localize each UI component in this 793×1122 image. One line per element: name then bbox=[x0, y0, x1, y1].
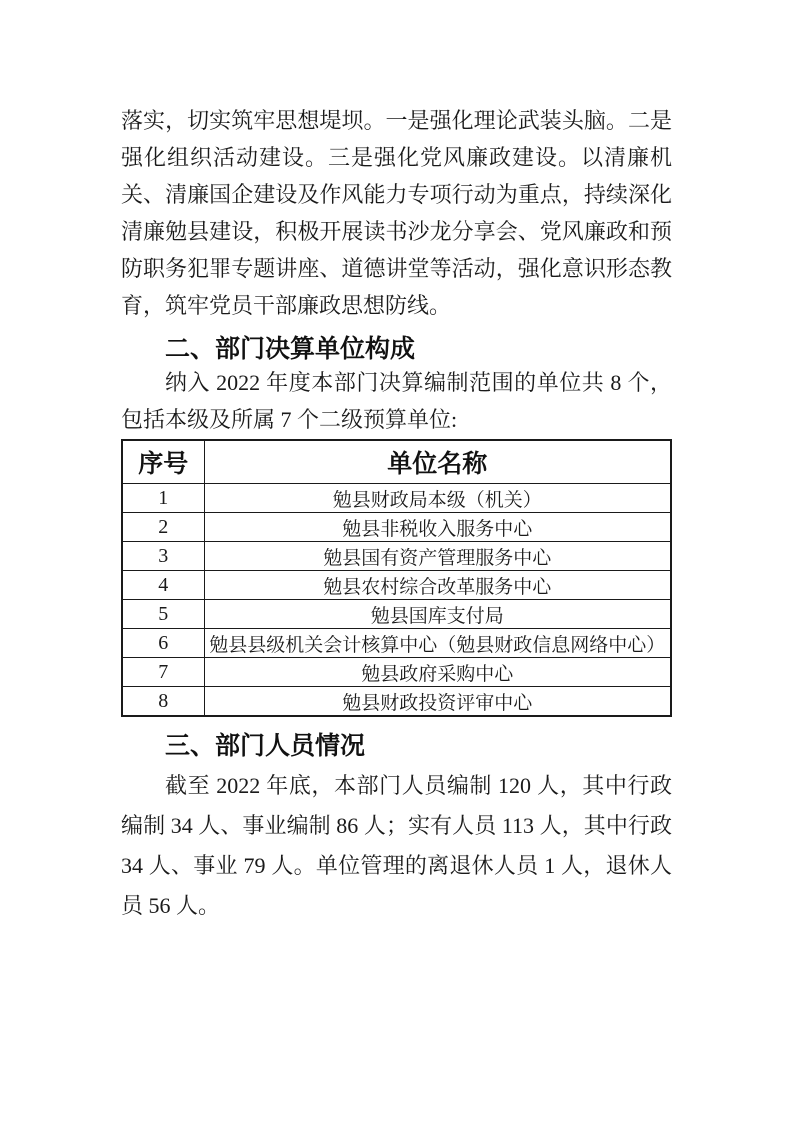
units-table: 序号 单位名称 1 勉县财政局本级（机关） 2 勉县非税收入服务中心 3 勉县国… bbox=[121, 439, 672, 717]
cell-index: 2 bbox=[122, 513, 204, 542]
table-row: 4 勉县农村综合改革服务中心 bbox=[122, 571, 671, 600]
section-heading-units: 二、部门决算单位构成 bbox=[121, 334, 672, 364]
table-row: 8 勉县财政投资评审中心 bbox=[122, 687, 671, 717]
cell-index: 1 bbox=[122, 484, 204, 513]
cell-unit-name: 勉县财政投资评审中心 bbox=[204, 687, 671, 717]
cell-index: 6 bbox=[122, 629, 204, 658]
cell-index: 3 bbox=[122, 542, 204, 571]
cell-unit-name: 勉县国库支付局 bbox=[204, 600, 671, 629]
cell-unit-name: 勉县财政局本级（机关） bbox=[204, 484, 671, 513]
table-row: 1 勉县财政局本级（机关） bbox=[122, 484, 671, 513]
cell-unit-name: 勉县国有资产管理服务中心 bbox=[204, 542, 671, 571]
units-table-head: 序号 单位名称 bbox=[122, 440, 671, 484]
header-cell-index: 序号 bbox=[122, 440, 204, 484]
cell-unit-name: 勉县政府采购中心 bbox=[204, 658, 671, 687]
table-row: 2 勉县非税收入服务中心 bbox=[122, 513, 671, 542]
cell-unit-name: 勉县农村综合改革服务中心 bbox=[204, 571, 671, 600]
units-intro-paragraph: 纳入 2022 年度本部门决算编制范围的单位共 8 个，包括本级及所属 7 个二… bbox=[121, 364, 672, 438]
table-row: 3 勉县国有资产管理服务中心 bbox=[122, 542, 671, 571]
cell-unit-name: 勉县非税收入服务中心 bbox=[204, 513, 671, 542]
continuation-paragraph: 落实，切实筑牢思想堤坝。一是强化理论武装头脑。二是强化组织活动建设。三是强化党风… bbox=[121, 102, 672, 324]
units-table-body: 1 勉县财政局本级（机关） 2 勉县非税收入服务中心 3 勉县国有资产管理服务中… bbox=[122, 484, 671, 717]
cell-unit-name: 勉县县级机关会计核算中心（勉县财政信息网络中心） bbox=[204, 629, 671, 658]
cell-index: 4 bbox=[122, 571, 204, 600]
section-heading-staff: 三、部门人员情况 bbox=[121, 731, 672, 761]
document-page: 落实，切实筑牢思想堤坝。一是强化理论武装头脑。二是强化组织活动建设。三是强化党风… bbox=[0, 0, 793, 1122]
cell-index: 5 bbox=[122, 600, 204, 629]
header-cell-unit-name: 单位名称 bbox=[204, 440, 671, 484]
document-content: 落实，切实筑牢思想堤坝。一是强化理论武装头脑。二是强化组织活动建设。三是强化党风… bbox=[121, 102, 672, 926]
staff-paragraph: 截至 2022 年底，本部门人员编制 120 人，其中行政编制 34 人、事业编… bbox=[121, 766, 672, 926]
table-row: 6 勉县县级机关会计核算中心（勉县财政信息网络中心） bbox=[122, 629, 671, 658]
units-table-header-row: 序号 单位名称 bbox=[122, 440, 671, 484]
cell-index: 8 bbox=[122, 687, 204, 717]
table-row: 5 勉县国库支付局 bbox=[122, 600, 671, 629]
cell-index: 7 bbox=[122, 658, 204, 687]
table-row: 7 勉县政府采购中心 bbox=[122, 658, 671, 687]
